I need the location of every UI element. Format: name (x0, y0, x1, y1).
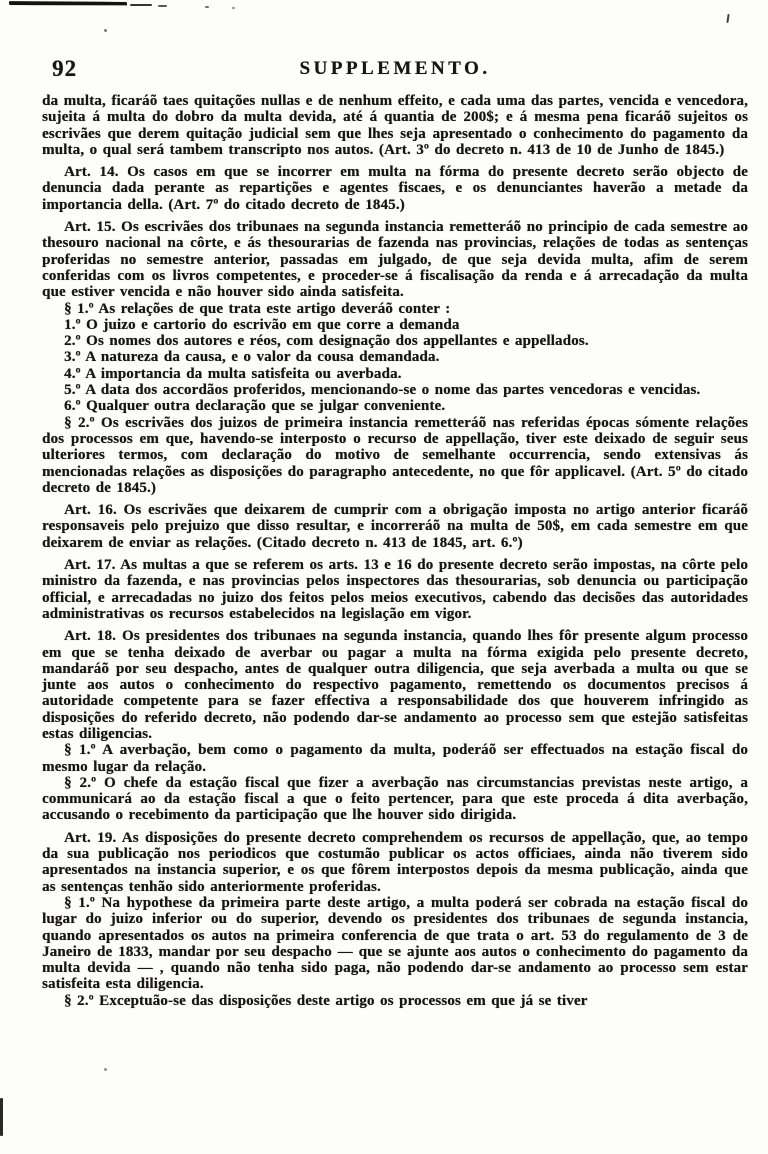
paragraph-art-17: Art. 17. As multas a que se referem os a… (42, 557, 748, 622)
paragraph-art-14: Art. 14. Os casos em que se incorrer em … (42, 164, 748, 213)
scan-smudge-artifact (232, 7, 235, 9)
paragraph-item-6: 6.º Qualquer outra declaração que se jul… (42, 398, 748, 414)
paragraph-item-5: 5.º A data dos accordãos proferidos, men… (42, 382, 748, 398)
scan-edge-mark-artifact (0, 1098, 3, 1136)
paragraph-art-15-s1: § 1.º As relações de que trata este arti… (42, 301, 748, 317)
paragraph-art-16: Art. 16. Os escrivães que deixarem de cu… (42, 502, 748, 551)
paragraph-art-19: Art. 19. As disposições do presente decr… (42, 830, 748, 895)
scan-speck-artifact (104, 29, 107, 32)
paragraph-art-18-s1: § 1.º A averbação, bem como o pagamento … (42, 742, 748, 775)
paragraph-continuation: da multa, ficaráõ taes quitações nullas … (42, 93, 748, 158)
paragraph-item-3: 3.º A natureza da causa, e o valor da co… (42, 349, 748, 365)
scan-smudge-artifact (205, 6, 209, 8)
paragraph-art-15: Art. 15. Os escrivães dos tribunaes na s… (42, 219, 748, 300)
scan-speck-artifact (726, 14, 729, 23)
paragraph-art-19-s1: § 1.º Na hypothese da primeira parte des… (42, 895, 748, 993)
page-header: 92 SUPPLEMENTO. (42, 56, 748, 88)
scanned-document-page: 92 SUPPLEMENTO. da multa, ficaráõ taes q… (0, 0, 768, 1154)
paragraph-item-1: 1.º O juizo e cartorio do escrivão em qu… (42, 317, 748, 333)
scan-smudge-artifact (130, 4, 152, 6)
paragraph-item-2: 2.º Os nomes dos autores e réos, com des… (42, 333, 748, 349)
body-text-column: da multa, ficaráõ taes quitações nullas … (42, 93, 748, 1009)
paragraph-art-19-s2: § 2.º Exceptuão-se das disposições deste… (42, 993, 748, 1009)
paragraph-art-15-s2: § 2.º Os escrivães dos juizos de primeir… (42, 415, 748, 496)
paragraph-art-18: Art. 18. Os presidentes dos tribunaes na… (42, 628, 748, 742)
page-title: SUPPLEMENTO. (42, 58, 748, 80)
paragraph-art-18-s2: § 2.º O chefe da estação fiscal que fize… (42, 775, 748, 824)
scan-speck-artifact (104, 1068, 107, 1071)
scan-smudge-artifact (9, 0, 127, 7)
scan-smudge-artifact (158, 5, 167, 7)
paragraph-item-4: 4.º A importancia da multa satisfeita ou… (42, 366, 748, 382)
